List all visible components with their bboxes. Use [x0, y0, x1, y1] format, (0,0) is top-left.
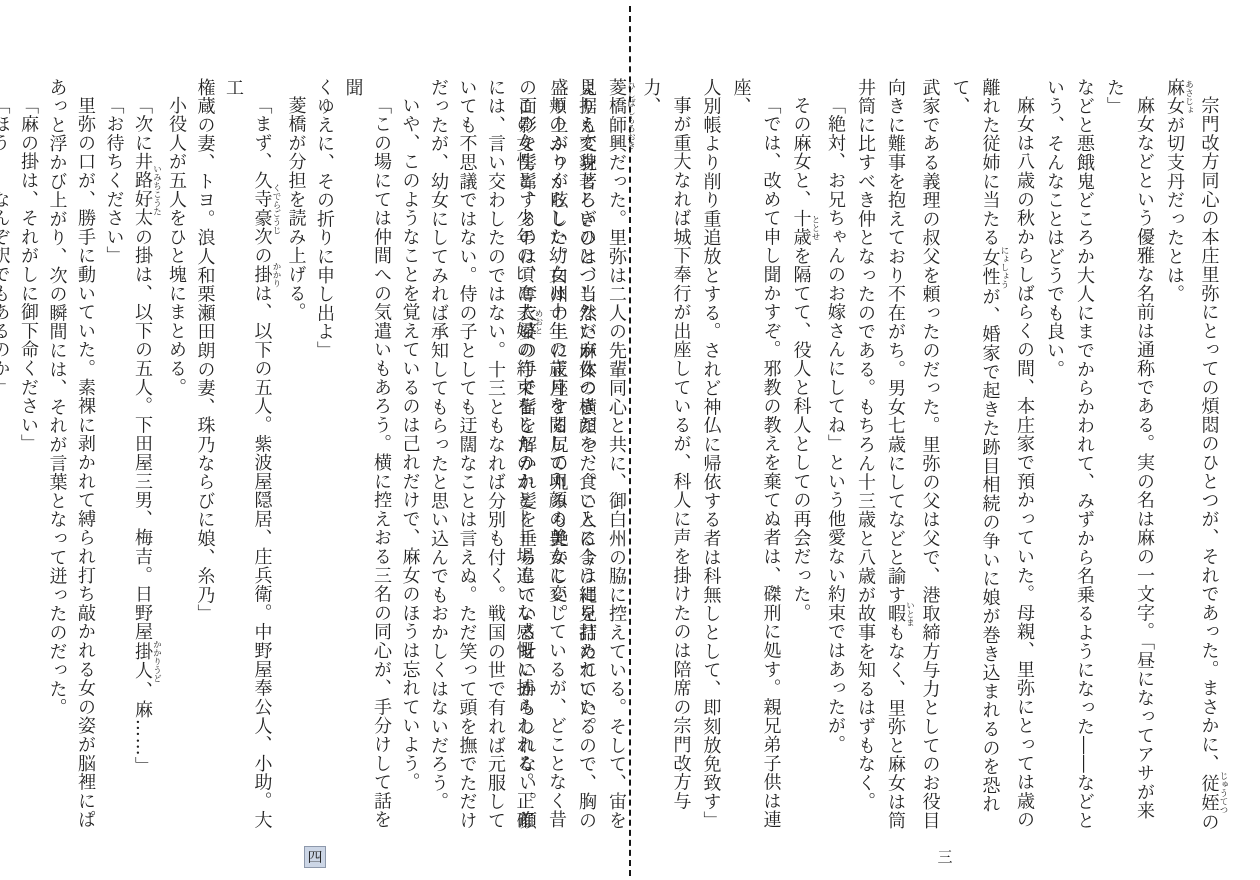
- text-line: 小役人が五人をひと塊にまとめる。: [162, 78, 191, 832]
- text-line: などと悪餓鬼どころか大人にまでからかわれて、みずから名乗るようになった――などと: [1069, 78, 1099, 832]
- text-line: 「まず、久寺豪次くでらごうじの掛かかりは、以下の五人。紫波屋隠居、庄兵衛。中野屋…: [219, 78, 282, 832]
- text-line: 人別帳より削り重追放とする。されど神仏に帰依する者は科無しとして、即刻放免致す」: [696, 78, 726, 832]
- text-line: 麻女などという優雅な名前は通称である。実の名は麻の一文字。「昼になってアサが来た…: [1099, 78, 1159, 832]
- furigana-ruby: 従姪じゅうてつ: [1199, 773, 1220, 813]
- page-left-text: よりも変貌著しいのは、当然だが体つきだった。ことに今は縄を打たれているので、胸の…: [0, 78, 600, 832]
- text-line: 離れた従姉に当たる女性にょしょうが、婚家で起きた跡目相続の争いに娘が巻き込まれる…: [945, 78, 1010, 832]
- page-right-footer: 三: [630, 846, 1260, 867]
- text-line: 菱橋師興ひしばしもろおきだった。里弥は二人の先輩同心と共に、御白州の脇に控えてい…: [601, 78, 636, 832]
- text-line: 「では、改めて申し聞かすぞ。邪教の教えを棄てぬ者は、磔刑に処す。親兄弟子供は連座…: [726, 78, 786, 832]
- text-line: その麻女と、十歳ととせを隔てて、役人と科人としての再会だった。: [786, 78, 821, 832]
- page-number-left: 四: [305, 847, 324, 867]
- furigana-ruby: 掛人かかりうど: [132, 641, 153, 681]
- page-left-footer: 四: [0, 846, 630, 867]
- text-line: 事が重大なれば城下奉行が出座しているが、科人に声を掛けたのは陪席の宗門改方与力、: [636, 78, 696, 832]
- text-line: いや、このようなことを覚えているのは己れだけで、麻女のほうは忘れていよう。: [395, 78, 424, 832]
- text-line: 宗門改方同心の本庄里弥にとっての煩悶のひとつが、それであった。まさかに、従姪じゅ…: [1194, 78, 1229, 832]
- text-line: あっと浮かび上がり、次の瞬間には、それが言葉となって迸ったのだった。: [42, 78, 71, 832]
- text-line: 里弥の口が、勝手に動いていた。素裸に剥かれて縛られ打ち敲かれる女の姿が脳裡にぱ: [71, 78, 100, 832]
- furigana-ruby: 菱橋師興ひしばしもろおき: [606, 78, 627, 153]
- page-right-text: 宗門改方同心の本庄里弥にとっての煩悶のひとつが、それであった。まさかに、従姪じゅ…: [511, 78, 1228, 832]
- text-line: 権蔵の妻、トヨ。浪人和栗瀬田朗の妻、珠乃ならびに娘、糸乃」: [190, 78, 219, 832]
- text-line: 井筒に比すべき仲となったのである。もちろん十三歳と八歳が故事を知るはずもなく。: [850, 78, 880, 832]
- furigana-ruby: 掛かかり: [252, 265, 273, 284]
- text-line: 武家である義理の叔父を頼ったのだった。里弥の父は父で、港取締方与力としてのお役目: [915, 78, 945, 832]
- text-line: 「麻の掛は、それがしに御下命ください」: [14, 78, 43, 832]
- text-line: 「ほう……なんぞ訳でもあるのか」: [0, 78, 14, 832]
- page-right: 宗門改方同心の本庄里弥にとっての煩悶のひとつが、それであった。まさかに、従姪じゅ…: [630, 0, 1260, 880]
- text-line: いう、そんなことはどうでも良い。: [1039, 78, 1069, 832]
- text-line: 麻女は八歳の秋からしばらくの間、本庄家で預かっていた。母親、里弥にとっては歳の: [1009, 78, 1039, 832]
- text-line: 「次に井路好太いみちこうたの掛は、以下の五人。下田屋三男、梅吉。日野屋掛人かかり…: [128, 78, 162, 832]
- furigana-ruby: 久寺豪次くでらごうじ: [252, 171, 273, 246]
- text-line: 麻女あさじょが切支丹だったとは。: [1159, 78, 1194, 832]
- page-number-right: 三: [935, 847, 954, 867]
- furigana-ruby: 十歳ととせ: [791, 209, 812, 247]
- book-spread: よりも変貌著しいのは、当然だが体つきだった。ことに今は縄を打たれているので、胸の…: [0, 0, 1260, 880]
- text-line: 「絶対、お兄ちゃんのお嫁さんにしてね」という他愛ない約束ではあったが。: [820, 78, 850, 832]
- text-line: くゆえに、その折りに申し出よ」: [310, 78, 339, 832]
- text-line: 「この場にては仲間への気遣いもあろう。横に控えおる三名の同心が、手分けして話を聞: [338, 78, 395, 832]
- furigana-ruby: 麻女あさじょ: [1164, 78, 1185, 116]
- text-line: 頬のふっくらした幼女は十年の歳月を閲して卵顔の美女に変じているが、どことなく昔: [541, 78, 571, 832]
- text-line: だったが、幼女にしてみれば承知してもらったと思い込んでもおかしくはないだろう。: [424, 78, 453, 832]
- furigana-ruby: 井路好太いみちこうた: [132, 152, 153, 227]
- text-line: いても不思議ではない。侍の子としても迂闊なことは言えぬ。ただ笑って頭を撫でただけ: [452, 78, 481, 832]
- text-line: 見据えて身じろぎひとつしない麻女の横顔を、食い入るように見詰めていた。: [571, 78, 601, 832]
- text-line: 菱橋が分担を読み上げる。: [281, 78, 310, 832]
- text-line: 「お待ちください」: [99, 78, 128, 832]
- text-line: 向きに難事を抱えており不在がち。男女七歳にしてなどと諭す暇いとまもなく、里弥と麻…: [880, 78, 915, 832]
- furigana-ruby: 暇いとま: [885, 604, 906, 623]
- text-line: の面影を髣髴するのは、奪衣婆の手で髷を解かれ髪を垂らしているせいかもしれない。顔: [511, 78, 541, 832]
- text-line: には、言い交わしたのではない。十三ともなれば分別も付く。戦国の世で有れば元服して: [481, 78, 510, 832]
- furigana-ruby: 女性にょしょう: [980, 247, 1001, 287]
